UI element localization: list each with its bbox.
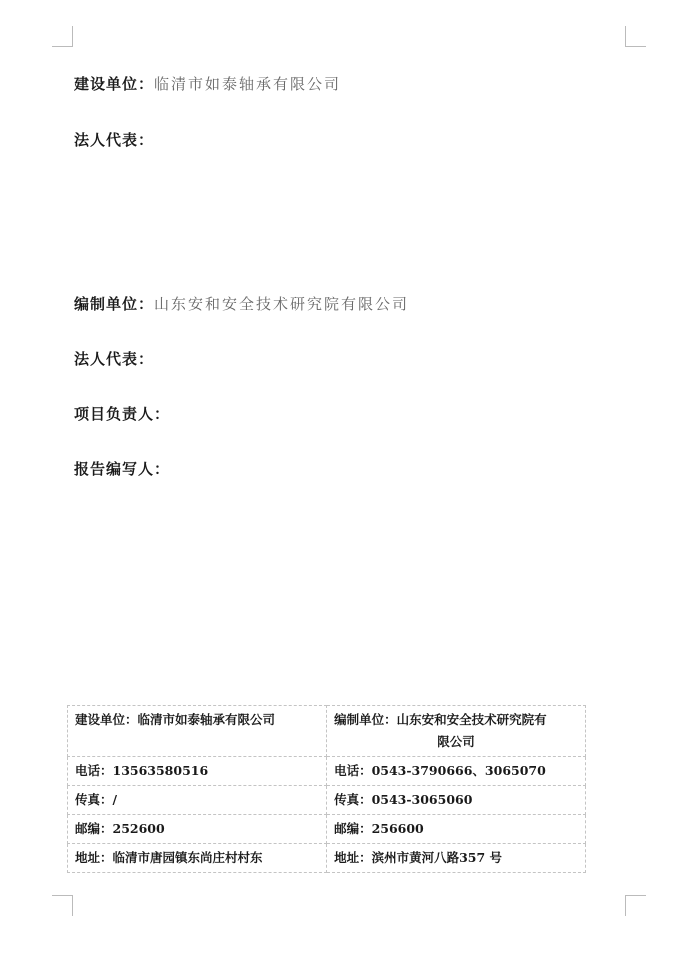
cell-text-continued: 限公司 [334,731,578,753]
report-writer-line: 报告编写人： [74,458,170,479]
table-cell: 电话：0543-3790666、3065070 [327,757,586,786]
project-leader-line: 项目负责人： [74,403,170,424]
table-cell: 地址：滨州市黄河八路357 号 [327,844,586,873]
table-cell: 地址：临清市唐园镇东尚庄村村东 [68,844,327,873]
table-cell: 编制单位：山东安和安全技术研究院有限公司 [327,706,586,757]
table-row: 地址：临清市唐园镇东尚庄村村东 地址：滨州市黄河八路357 号 [68,844,586,873]
table-row: 电话：13563580516 电话：0543-3790666、3065070 [68,757,586,786]
contact-info-table: 建设单位：临清市如泰轴承有限公司 编制单位：山东安和安全技术研究院有限公司 电话… [67,705,586,873]
report-writer-label: 报告编写人： [74,460,170,478]
crop-mark-bottom-left [52,895,73,916]
legal-rep-label-2: 法人代表： [74,350,154,368]
table-cell: 邮编：256600 [327,815,586,844]
table-row: 传真：/ 传真：0543-3065060 [68,786,586,815]
compiling-unit-value: 山东安和安全技术研究院有限公司 [154,295,409,313]
construction-unit-value: 临清市如泰轴承有限公司 [154,75,341,93]
cell-text: 编制单位：山东安和安全技术研究院有 [334,712,547,727]
construction-unit-line: 建设单位：临清市如泰轴承有限公司 [74,73,341,94]
crop-mark-top-left [52,26,73,47]
table-row: 建设单位：临清市如泰轴承有限公司 编制单位：山东安和安全技术研究院有限公司 [68,706,586,757]
crop-mark-top-right [625,26,646,47]
cell-text: 地址：滨州市黄河八路357 号 [334,850,502,865]
construction-unit-label: 建设单位： [74,75,154,93]
cell-text: 电话：0543-3790666、3065070 [334,763,546,778]
cell-text: 邮编：256600 [334,821,424,836]
table-cell: 邮编：252600 [68,815,327,844]
legal-rep-line-2: 法人代表： [74,348,154,369]
table-cell: 传真：/ [68,786,327,815]
legal-rep-label-1: 法人代表： [74,131,154,149]
crop-mark-bottom-right [625,895,646,916]
cell-text: 传真：/ [75,792,117,807]
compiling-unit-line: 编制单位：山东安和安全技术研究院有限公司 [74,293,409,314]
cell-text: 建设单位：临清市如泰轴承有限公司 [75,712,275,727]
compiling-unit-label: 编制单位： [74,295,154,313]
project-leader-label: 项目负责人： [74,405,170,423]
table-cell: 建设单位：临清市如泰轴承有限公司 [68,706,327,757]
legal-rep-line-1: 法人代表： [74,129,154,150]
table-cell: 传真：0543-3065060 [327,786,586,815]
table-row: 邮编：252600 邮编：256600 [68,815,586,844]
table-cell: 电话：13563580516 [68,757,327,786]
cell-text: 地址：临清市唐园镇东尚庄村村东 [75,850,263,865]
cell-text: 传真：0543-3065060 [334,792,472,807]
cell-text: 邮编：252600 [75,821,165,836]
cell-text: 电话：13563580516 [75,763,208,778]
